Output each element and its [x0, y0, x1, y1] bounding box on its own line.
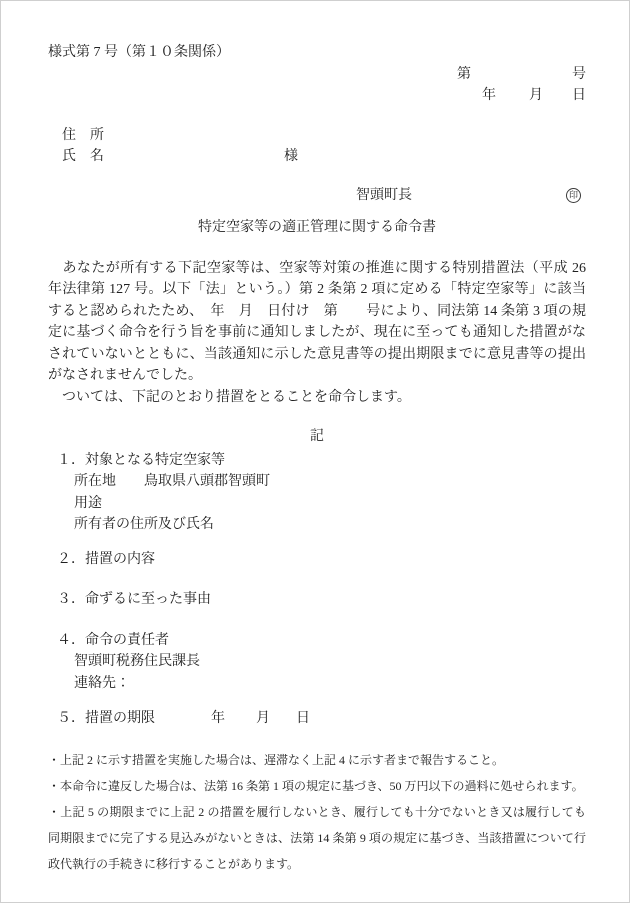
issue-date-day-label: 日: [572, 88, 586, 103]
recipient-block: 住 所 氏 名様: [62, 125, 586, 168]
item-list: １．対象となる特定空家等 所在地 鳥取県八頭郡智頭町 用途 所有者の住所及び氏名…: [57, 450, 586, 730]
issue-date-month-label: 月: [529, 88, 543, 103]
item-2-title: 措置の内容: [85, 552, 155, 567]
item-4-title-line: ４．命令の責任者: [57, 630, 586, 652]
item-4-contact-line: 連絡先：: [74, 673, 586, 695]
order-document-page: 様式第 7 号（第１０条関係） 第号 年月日 住 所 氏 名様 智頭町長印 特定…: [0, 0, 630, 903]
footnote-penalty: ・本命令に違反した場合は、法第 16 条第 1 項の規定に基づき、50 万円以下…: [48, 773, 586, 799]
issue-date-year-label: 年: [482, 88, 496, 103]
item-reason-for-order: ３．命ずるに至った事由: [57, 589, 586, 611]
seal-text: 印: [569, 191, 578, 200]
issue-date-line: 年月日: [48, 85, 586, 107]
item-1-location-line: 所在地 鳥取県八頭郡智頭町: [74, 471, 586, 493]
issuer-block: 智頭町長印: [356, 185, 586, 207]
issuer-title: 智頭町長: [356, 188, 412, 203]
deadline-month-label: 月: [256, 711, 270, 726]
item-3-title-line: ３．命ずるに至った事由: [57, 589, 586, 611]
document-title: 特定空家等の適正管理に関する命令書: [48, 217, 586, 239]
deadline-year-blank: [155, 721, 211, 722]
item-3-number: ３．: [57, 592, 85, 607]
deadline-day-blank: [270, 721, 296, 722]
deadline-month-blank: [225, 721, 256, 722]
recipient-address-line: 住 所: [62, 125, 586, 147]
item-5-number: ５．: [57, 711, 85, 726]
item-4-responsible-title-line: 智頭町税務住民課長: [74, 651, 586, 673]
item-1-usage-line: 用途: [74, 493, 586, 515]
body-paragraph-2: ついては、下記のとおり措置をとることを命令します。: [48, 387, 586, 409]
item-5-title-line: ５．措置の期限年月日: [57, 708, 586, 730]
record-marker: 記: [48, 426, 586, 448]
footnote-administrative-execution: ・上記 5 の期限までに上記 2 の措置を履行しないとき、履行しても十分でないと…: [48, 799, 586, 877]
item-target-vacant-house: １．対象となる特定空家等 所在地 鳥取県八頭郡智頭町 用途 所有者の住所及び氏名: [57, 450, 586, 536]
recipient-address-label: 住 所: [62, 128, 104, 143]
item-5-title: 措置の期限: [85, 711, 155, 726]
recipient-name-blank: [104, 159, 284, 160]
body-paragraph-1: あなたが所有する下記空家等は、空家等対策の推進に関する特別措置法（平成 26 年…: [48, 258, 586, 387]
recipient-honorific: 様: [284, 149, 298, 164]
item-4-title: 命令の責任者: [85, 633, 169, 648]
item-1-owner-line: 所有者の住所及び氏名: [74, 514, 586, 536]
item-1-title-line: １．対象となる特定空家等: [57, 450, 586, 472]
footnotes-block: ・上記 2 に示す措置を実施した場合は、遅滞なく上記 4 に示す者まで報告するこ…: [48, 747, 586, 877]
doc-number-blank-field: [471, 77, 572, 78]
item-responsible-person: ４．命令の責任者 智頭町税務住民課長 連絡先：: [57, 630, 586, 695]
item-1-title: 対象となる特定空家等: [85, 453, 225, 468]
recipient-name-label: 氏 名: [62, 149, 104, 164]
issuer-signature-blank: [412, 198, 566, 199]
footnote-report-obligation: ・上記 2 に示す措置を実施した場合は、遅滞なく上記 4 に示す者まで報告するこ…: [48, 747, 586, 773]
issue-date-day-blank: [543, 98, 572, 99]
item-measure-deadline: ５．措置の期限年月日: [57, 708, 586, 730]
doc-number-prefix: 第: [457, 67, 471, 82]
deadline-year-label: 年: [211, 711, 225, 726]
item-measure-content: ２．措置の内容: [57, 549, 586, 571]
item-2-title-line: ２．措置の内容: [57, 549, 586, 571]
deadline-day-label: 日: [296, 711, 310, 726]
seal-icon: 印: [566, 188, 581, 203]
issue-date-month-blank: [496, 98, 529, 99]
form-number-label: 様式第 7 号（第１０条関係）: [48, 42, 586, 64]
doc-number-suffix: 号: [572, 67, 586, 82]
document-number-line: 第号: [48, 64, 586, 86]
item-2-number: ２．: [57, 552, 85, 567]
recipient-name-line: 氏 名様: [62, 146, 586, 168]
item-4-number: ４．: [57, 633, 85, 648]
item-1-number: １．: [57, 453, 85, 468]
item-3-title: 命ずるに至った事由: [85, 592, 211, 607]
